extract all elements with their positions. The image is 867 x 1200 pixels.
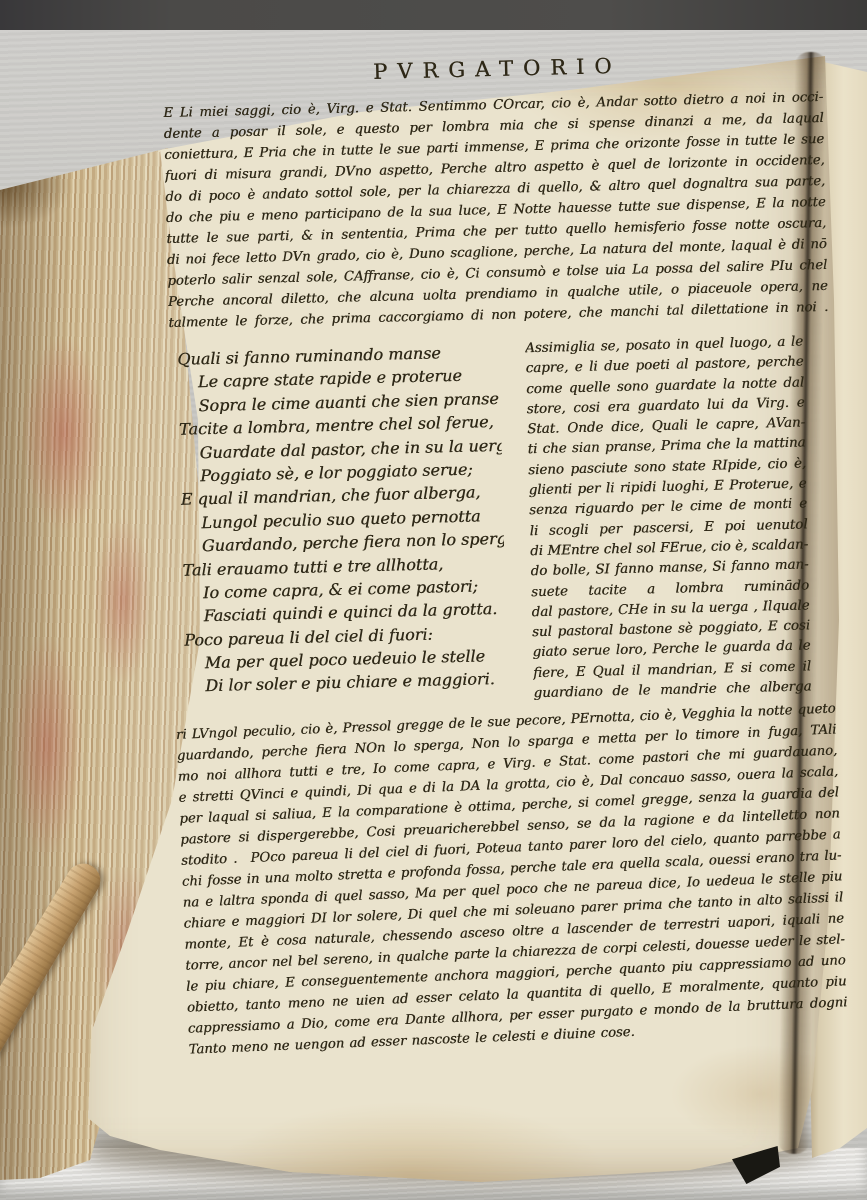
- top-commentary-paragraph: E Li miei saggi, cio è, Virg. e Stat. Se…: [163, 87, 828, 334]
- verse-column: Quali si fanno ruminando manse Le capre …: [169, 340, 508, 713]
- photo-of-open-antique-book: PVRGATORIO E Li miei saggi, cio è, Virg.…: [0, 0, 867, 1200]
- verse-and-commentary-columns: Quali si fanno ruminando manse Le capre …: [169, 332, 838, 713]
- printed-text-block: PVRGATORIO E Li miei saggi, cio è, Virg.…: [162, 48, 846, 1061]
- bottom-commentary-paragraph: ri LVngol peculio, cio è, Pressol gregge…: [176, 699, 849, 1061]
- side-commentary-column: Assimiglia se, posato in quel luogo, a l…: [525, 332, 812, 704]
- photo-dark-top-strip: [0, 0, 867, 30]
